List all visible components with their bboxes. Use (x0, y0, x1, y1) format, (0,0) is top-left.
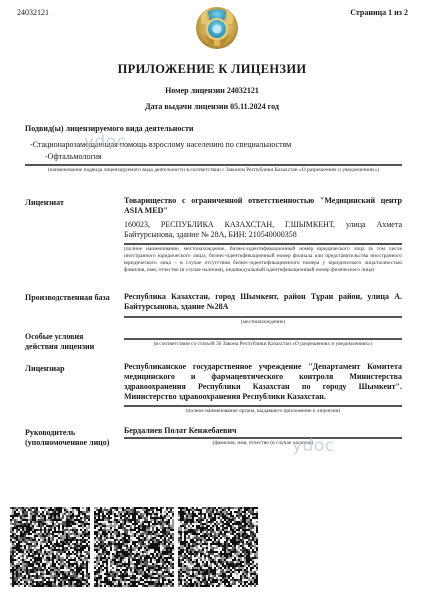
divider-line (124, 405, 402, 407)
head-value: Бердалиев Полат Кенжебаевич (124, 426, 402, 436)
qr-code-icon (10, 507, 90, 587)
special-conditions-caption: (в соответствии со статьей 36 Закона Рес… (124, 341, 402, 348)
licensee-address: 160023, РЕСПУБЛИКА КАЗАХСТАН, Г.ШЫМКЕНТ,… (124, 220, 402, 240)
head-caption: (фамилия, имя, отчество (в случае наличи… (124, 440, 402, 447)
special-conditions-label: Особые условия действия лицензии (25, 332, 94, 352)
activity-caption: (наименование подвида лицензируемого вид… (25, 167, 402, 174)
licensee-name: Товарищество с ограниченной ответственно… (124, 196, 402, 216)
license-appendix-page: 24032121 Страница 1 (0, 0, 424, 600)
production-base-label: Производственная база (25, 293, 110, 303)
activity-item: -Офтальмология (45, 152, 102, 161)
qr-code-row (10, 507, 258, 587)
head-label-line2: (уполномоченное лицо) (25, 438, 109, 448)
page-title: ПРИЛОЖЕНИЕ К ЛИЦЕНЗИИ (0, 62, 424, 77)
activity-item-label: Стационарозамещающая помощь взрослому на… (33, 140, 292, 149)
licensor-value: Республиканское государственное учрежден… (124, 362, 402, 402)
production-base-value: Республика Казахстан, город Шымкент, рай… (124, 292, 402, 312)
license-number: Номер лицензии 24032121 (0, 86, 424, 95)
divider-line (124, 243, 402, 245)
watermark-ydoc: ydoc (84, 132, 127, 152)
head-label-line1: Руководитель (25, 428, 109, 438)
special-conditions-label-line2: действия лицензии (25, 342, 94, 352)
divider-line (25, 164, 402, 166)
license-issue-date: Дата выдачи лицензии 05.11.2024 год (0, 102, 424, 111)
document-number: 24032121 (17, 8, 49, 17)
divider-line (124, 316, 402, 318)
production-base-caption: (местонахождение) (124, 319, 402, 326)
licensor-caption: (полное наименование органа, выдавшего п… (124, 408, 402, 415)
licensee-label: Лицензиат (25, 198, 64, 208)
qr-code-icon (178, 507, 258, 587)
special-conditions-label-line1: Особые условия (25, 332, 94, 342)
licensee-caption: (полное наименование, местонахождение, б… (124, 246, 402, 274)
divider-line (124, 437, 402, 439)
activity-item: -Стационарозамещающая помощь взрослому н… (30, 140, 291, 149)
qr-code-icon (94, 507, 174, 587)
licensor-label: Лицензиар (25, 364, 65, 374)
activity-item-label: Офтальмология (48, 152, 102, 161)
divider-line (124, 338, 402, 340)
watermark-ydoc: ydoc (292, 436, 335, 456)
page-indicator: Страница 1 из 2 (350, 8, 408, 17)
head-label: Руководитель (уполномоченное лицо) (25, 428, 109, 448)
state-emblem-icon (194, 4, 240, 52)
